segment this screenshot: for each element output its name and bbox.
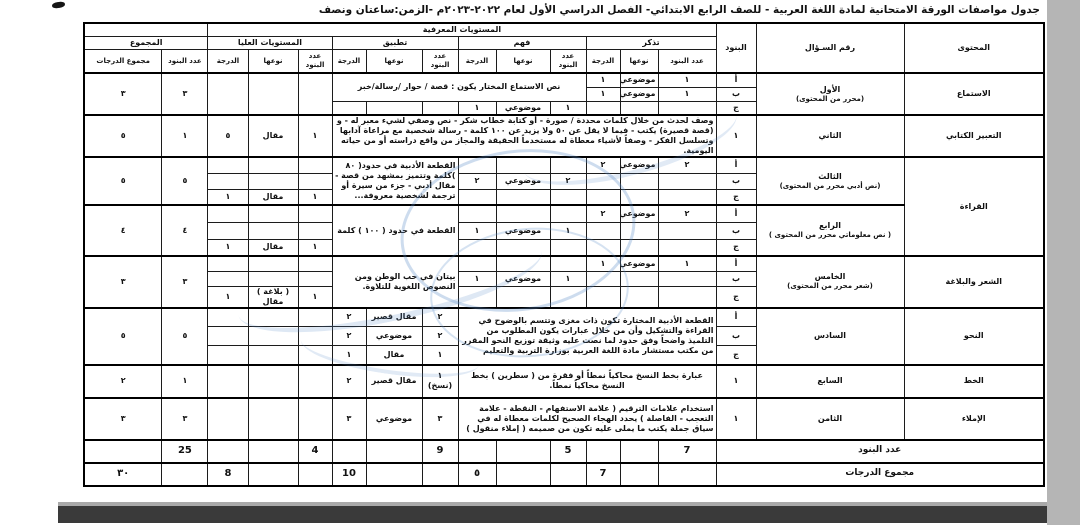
item-letter: أ bbox=[716, 157, 756, 173]
empty-cell bbox=[458, 286, 496, 308]
totals-items-remember: 7 bbox=[658, 440, 716, 463]
empty-cell bbox=[208, 173, 248, 189]
question-first: الأول (محرر من المحتوى) bbox=[756, 73, 904, 115]
empty-cell bbox=[620, 440, 658, 463]
cell: مقال bbox=[248, 115, 298, 157]
item-letter: ج bbox=[716, 189, 756, 205]
total-items-q8: ٣ bbox=[162, 398, 208, 440]
subheader-understand-mark: الدرجة bbox=[458, 49, 496, 73]
empty-cell bbox=[550, 157, 586, 173]
cell: ١ bbox=[550, 271, 586, 286]
empty-cell bbox=[298, 346, 332, 365]
next-page-edge-bar bbox=[58, 506, 1048, 523]
empty-cell bbox=[366, 440, 422, 463]
header-cognitive-levels: المستويات المعرفية bbox=[208, 23, 716, 36]
empty-cell bbox=[586, 271, 620, 286]
empty-cell bbox=[496, 205, 550, 222]
cell: موضوعي bbox=[620, 87, 658, 101]
cell: ٣ bbox=[332, 398, 366, 440]
totals-items-label: عدد البنود bbox=[716, 440, 1044, 463]
cell: مقال قصير bbox=[366, 365, 422, 398]
empty-cell bbox=[248, 346, 298, 365]
header-group-higher: المستويات العليا bbox=[208, 36, 332, 49]
empty-cell bbox=[620, 101, 658, 115]
totals-marks-remember: 7 bbox=[586, 463, 620, 486]
cell: ١ bbox=[332, 346, 366, 365]
empty-cell bbox=[84, 440, 162, 463]
cell: ١ bbox=[550, 101, 586, 115]
cell: ٢ bbox=[658, 205, 716, 222]
cell: ٣ bbox=[422, 398, 458, 440]
subheader-apply-type: نوعها bbox=[366, 49, 422, 73]
empty-cell bbox=[458, 256, 496, 271]
empty-cell bbox=[586, 173, 620, 189]
total-marks-q7: ٢ bbox=[84, 365, 162, 398]
cell: ٢ bbox=[332, 365, 366, 398]
empty-cell bbox=[248, 157, 298, 173]
total-marks-q4: ٤ bbox=[84, 205, 162, 256]
item-letter: ج bbox=[716, 286, 756, 308]
empty-cell bbox=[298, 271, 332, 286]
empty-cell bbox=[298, 365, 332, 398]
empty-cell bbox=[658, 286, 716, 308]
empty-cell bbox=[620, 222, 658, 239]
note-q3: القطعة الأدبية في حدود( ٨٠ )كلمة وتتميز … bbox=[332, 157, 458, 205]
empty-cell bbox=[658, 463, 716, 486]
totals-items-apply: 9 bbox=[422, 440, 458, 463]
empty-cell bbox=[496, 239, 550, 256]
cell: ١ bbox=[458, 222, 496, 239]
empty-cell bbox=[422, 463, 458, 486]
empty-cell bbox=[658, 222, 716, 239]
empty-cell bbox=[620, 286, 658, 308]
empty-cell bbox=[458, 239, 496, 256]
exam-specification-table: المحتوى رقم السـؤال البنود المستويات الم… bbox=[83, 22, 1045, 487]
question-seventh: السابع bbox=[756, 365, 904, 398]
empty-cell bbox=[248, 365, 298, 398]
question-fourth-label: الرابع bbox=[759, 221, 902, 231]
totals-items-higher: 4 bbox=[298, 440, 332, 463]
empty-cell bbox=[586, 286, 620, 308]
empty-cell bbox=[366, 463, 422, 486]
subheader-remember-type: نوعها bbox=[620, 49, 658, 73]
total-items-q1: ٣ bbox=[162, 73, 208, 115]
empty-cell bbox=[458, 440, 496, 463]
note-q8: استخدام علامات الترقيم ( علامة الاستفهام… bbox=[458, 398, 716, 440]
cell: مقال bbox=[366, 346, 422, 365]
cell: ١ bbox=[550, 222, 586, 239]
cell: موضوعي bbox=[620, 73, 658, 87]
empty-cell bbox=[496, 256, 550, 271]
subheader-higher-type: نوعها bbox=[248, 49, 298, 73]
empty-cell bbox=[496, 286, 550, 308]
totals-items-total: 25 bbox=[162, 440, 208, 463]
header-group-total: المجموع bbox=[84, 36, 208, 49]
page-title: جدول مواصفات الورقة الامتحانية لمادة الل… bbox=[40, 4, 1040, 16]
item-letter: ١ bbox=[716, 115, 756, 157]
empty-cell bbox=[458, 189, 496, 205]
note-q6: القطعة الأدبية المختارة تكون ذات مغزى وت… bbox=[458, 308, 716, 365]
cell: موضوعي bbox=[496, 101, 550, 115]
empty-cell bbox=[248, 222, 298, 239]
subheader-higher-count: عدد البنود bbox=[298, 49, 332, 73]
cell: ٢ bbox=[422, 327, 458, 346]
item-letter: أ bbox=[716, 205, 756, 222]
item-letter: ج bbox=[716, 346, 756, 365]
question-third-label: الثالث bbox=[759, 172, 902, 182]
empty-cell bbox=[620, 239, 658, 256]
totals-marks-total: ٣٠ bbox=[84, 463, 162, 486]
item-letter: ب bbox=[716, 87, 756, 101]
cell: مقال bbox=[248, 189, 298, 205]
cell: ١ bbox=[586, 73, 620, 87]
empty-cell bbox=[208, 440, 248, 463]
cell: ٥ bbox=[208, 115, 248, 157]
cell: ٢ bbox=[658, 157, 716, 173]
cell: موضوعي bbox=[496, 222, 550, 239]
content-writing: التعبير الكتابي bbox=[904, 115, 1044, 157]
empty-cell bbox=[658, 189, 716, 205]
question-eighth: الثامن bbox=[756, 398, 904, 440]
question-fourth: الرابع ( نص معلوماتي محرر من المحتوى ) bbox=[756, 205, 904, 256]
question-first-note: (محرر من المحتوى) bbox=[759, 95, 902, 104]
cell: ١ bbox=[586, 87, 620, 101]
content-poetry: الشعر والبلاغة bbox=[904, 256, 1044, 308]
cell: ١ bbox=[422, 346, 458, 365]
item-letter: ب bbox=[716, 327, 756, 346]
cell: موضوعي bbox=[620, 205, 658, 222]
cell: ٢ bbox=[332, 327, 366, 346]
empty-cell bbox=[586, 440, 620, 463]
empty-cell bbox=[208, 327, 248, 346]
empty-cell bbox=[586, 189, 620, 205]
empty-cell bbox=[298, 308, 332, 327]
empty-cell bbox=[208, 398, 248, 440]
cell: ١ (نسخ) bbox=[422, 365, 458, 398]
empty-cell bbox=[208, 205, 248, 222]
empty-cell bbox=[550, 286, 586, 308]
cell: موضوعي bbox=[366, 327, 422, 346]
empty-cell bbox=[620, 189, 658, 205]
content-dictation: الإملاء bbox=[904, 398, 1044, 440]
cell: ٢ bbox=[550, 173, 586, 189]
empty-cell bbox=[298, 463, 332, 486]
subheader-total-count: عدد البنود bbox=[162, 49, 208, 73]
empty-cell bbox=[248, 308, 298, 327]
header-content: المحتوى bbox=[904, 23, 1044, 73]
total-items-q3: ٥ bbox=[162, 157, 208, 205]
question-fifth-note: (شعر محرر من المحتوى) bbox=[759, 282, 902, 291]
note-q1: نص الاستماع المختار يكون : قصة / حوار /ر… bbox=[332, 73, 586, 101]
item-letter: أ bbox=[716, 256, 756, 271]
subheader-remember-mark: الدرجة bbox=[586, 49, 620, 73]
cell: ١ bbox=[298, 115, 332, 157]
empty-cell bbox=[550, 256, 586, 271]
empty-cell bbox=[248, 271, 298, 286]
empty-cell bbox=[550, 189, 586, 205]
empty-cell bbox=[248, 73, 298, 115]
empty-cell bbox=[496, 440, 550, 463]
header-group-understand: فهم bbox=[458, 36, 586, 49]
item-letter: ب bbox=[716, 222, 756, 239]
total-items-q6: ٥ bbox=[162, 308, 208, 365]
content-handwriting: الخط bbox=[904, 365, 1044, 398]
item-letter: أ bbox=[716, 308, 756, 327]
item-letter: ج bbox=[716, 239, 756, 256]
cell: مقال قصير bbox=[366, 308, 422, 327]
empty-cell bbox=[208, 346, 248, 365]
background-band bbox=[1047, 0, 1080, 525]
empty-cell bbox=[496, 157, 550, 173]
empty-cell bbox=[208, 73, 248, 115]
cell: ٢ bbox=[458, 173, 496, 189]
subheader-total-marks: مجموع الدرجات bbox=[84, 49, 162, 73]
subheader-understand-count: عدد البنود bbox=[550, 49, 586, 73]
cell: موضوعي bbox=[496, 271, 550, 286]
empty-cell bbox=[298, 256, 332, 271]
empty-cell bbox=[248, 205, 298, 222]
cell: ١ bbox=[458, 101, 496, 115]
item-letter: ج bbox=[716, 101, 756, 115]
total-items-q7: ١ bbox=[162, 365, 208, 398]
empty-cell bbox=[248, 327, 298, 346]
totals-marks-understand: ٥ bbox=[458, 463, 496, 486]
empty-cell bbox=[550, 239, 586, 256]
cell: ١ bbox=[208, 286, 248, 308]
item-letter: ١ bbox=[716, 398, 756, 440]
cell: ١ bbox=[208, 189, 248, 205]
total-marks-q1: ٣ bbox=[84, 73, 162, 115]
cell: ٢ bbox=[422, 308, 458, 327]
content-grammar: النحو bbox=[904, 308, 1044, 365]
empty-cell bbox=[162, 463, 208, 486]
cell: ١ bbox=[658, 256, 716, 271]
empty-cell bbox=[298, 73, 332, 115]
empty-cell bbox=[208, 157, 248, 173]
empty-cell bbox=[248, 173, 298, 189]
empty-cell bbox=[298, 222, 332, 239]
empty-cell bbox=[366, 101, 422, 115]
cell: ١ bbox=[658, 87, 716, 101]
empty-cell bbox=[658, 271, 716, 286]
empty-cell bbox=[620, 173, 658, 189]
total-items-q5: ٣ bbox=[162, 256, 208, 308]
subheader-remember-count: عدد البنود bbox=[658, 49, 716, 73]
empty-cell bbox=[298, 157, 332, 173]
empty-cell bbox=[248, 256, 298, 271]
cell: ٢ bbox=[586, 157, 620, 173]
empty-cell bbox=[248, 398, 298, 440]
cell: ١ bbox=[458, 271, 496, 286]
question-fifth: الخامس (شعر محرر من المحتوى) bbox=[756, 256, 904, 308]
total-marks-q5: ٣ bbox=[84, 256, 162, 308]
note-q2: وصف لحدث من خلال كلمات محددة / صورة - أو… bbox=[332, 115, 716, 157]
cell: موضوعي bbox=[366, 398, 422, 440]
content-listening: الاستماع bbox=[904, 73, 1044, 115]
empty-cell bbox=[458, 205, 496, 222]
empty-cell bbox=[332, 440, 366, 463]
empty-cell bbox=[496, 189, 550, 205]
total-marks-q8: ٣ bbox=[84, 398, 162, 440]
cell: ١ bbox=[586, 256, 620, 271]
empty-cell bbox=[422, 101, 458, 115]
cell: ٢ bbox=[332, 308, 366, 327]
cell: مقال bbox=[248, 239, 298, 256]
header-items: البنود bbox=[716, 23, 756, 73]
cell: ١ bbox=[298, 189, 332, 205]
question-first-label: الأول bbox=[759, 85, 902, 95]
empty-cell bbox=[248, 440, 298, 463]
cell: موضوعي bbox=[620, 256, 658, 271]
question-sixth: السادس bbox=[756, 308, 904, 365]
cell: ١ bbox=[208, 239, 248, 256]
empty-cell bbox=[332, 101, 366, 115]
header-group-apply: تطبيق bbox=[332, 36, 458, 49]
total-marks-q3: ٥ bbox=[84, 157, 162, 205]
empty-cell bbox=[658, 101, 716, 115]
cell: ١ bbox=[298, 286, 332, 308]
total-items-q4: ٤ bbox=[162, 205, 208, 256]
empty-cell bbox=[208, 222, 248, 239]
content-reading: القراءة bbox=[904, 157, 1044, 256]
question-third: الثالث (نص أدبي محرر من المحتوى) bbox=[756, 157, 904, 205]
item-letter: ١ bbox=[716, 365, 756, 398]
empty-cell bbox=[208, 365, 248, 398]
empty-cell bbox=[458, 157, 496, 173]
subheader-apply-count: عدد البنود bbox=[422, 49, 458, 73]
cell: موضوعي bbox=[620, 157, 658, 173]
subheader-higher-mark: الدرجة bbox=[208, 49, 248, 73]
empty-cell bbox=[298, 173, 332, 189]
cell: ١ bbox=[298, 239, 332, 256]
empty-cell bbox=[658, 173, 716, 189]
totals-marks-label: مجموع الدرجات bbox=[716, 463, 1044, 486]
totals-marks-apply: 10 bbox=[332, 463, 366, 486]
cell: ( بلاغة ) مقال bbox=[248, 286, 298, 308]
empty-cell bbox=[620, 463, 658, 486]
empty-cell bbox=[298, 205, 332, 222]
total-marks-q2: ٥ bbox=[84, 115, 162, 157]
empty-cell bbox=[248, 463, 298, 486]
empty-cell bbox=[496, 463, 550, 486]
item-letter: ب bbox=[716, 173, 756, 189]
question-second: الثاني bbox=[756, 115, 904, 157]
note-q5: بيتان في حب الوطن ومن النصوص اللغوية للت… bbox=[332, 256, 458, 308]
empty-cell bbox=[208, 271, 248, 286]
empty-cell bbox=[586, 222, 620, 239]
cell: موضوعي bbox=[496, 173, 550, 189]
item-letter: ب bbox=[716, 271, 756, 286]
empty-cell bbox=[298, 327, 332, 346]
subheader-understand-type: نوعها bbox=[496, 49, 550, 73]
empty-cell bbox=[550, 463, 586, 486]
empty-cell bbox=[586, 239, 620, 256]
cell: ١ bbox=[658, 73, 716, 87]
item-letter: أ bbox=[716, 73, 756, 87]
empty-cell bbox=[298, 398, 332, 440]
header-question-no: رقم السـؤال bbox=[756, 23, 904, 73]
empty-cell bbox=[550, 205, 586, 222]
question-fourth-note: ( نص معلوماتي محرر من المحتوى ) bbox=[759, 231, 902, 240]
empty-cell bbox=[208, 308, 248, 327]
header-blank bbox=[84, 23, 208, 36]
question-fifth-label: الخامس bbox=[759, 272, 902, 282]
totals-items-understand: 5 bbox=[550, 440, 586, 463]
totals-marks-higher: 8 bbox=[208, 463, 248, 486]
total-items-q2: ١ bbox=[162, 115, 208, 157]
empty-cell bbox=[658, 239, 716, 256]
note-q4: القطعة في حدود ( ١٠٠ ) كلمة bbox=[332, 205, 458, 256]
question-third-note: (نص أدبي محرر من المحتوى) bbox=[759, 182, 902, 191]
note-q7: عبارة بخط النسخ محاكياً نمطاً أو فقرة من… bbox=[458, 365, 716, 398]
scanned-document-page: { "page": { "title": "جدول مواصفات الورق… bbox=[0, 0, 1080, 525]
empty-cell bbox=[586, 101, 620, 115]
subheader-apply-mark: الدرجة bbox=[332, 49, 366, 73]
empty-cell bbox=[208, 256, 248, 271]
header-group-remember: تذكر bbox=[586, 36, 716, 49]
total-marks-q6: ٥ bbox=[84, 308, 162, 365]
empty-cell bbox=[620, 271, 658, 286]
cell: ٢ bbox=[586, 205, 620, 222]
